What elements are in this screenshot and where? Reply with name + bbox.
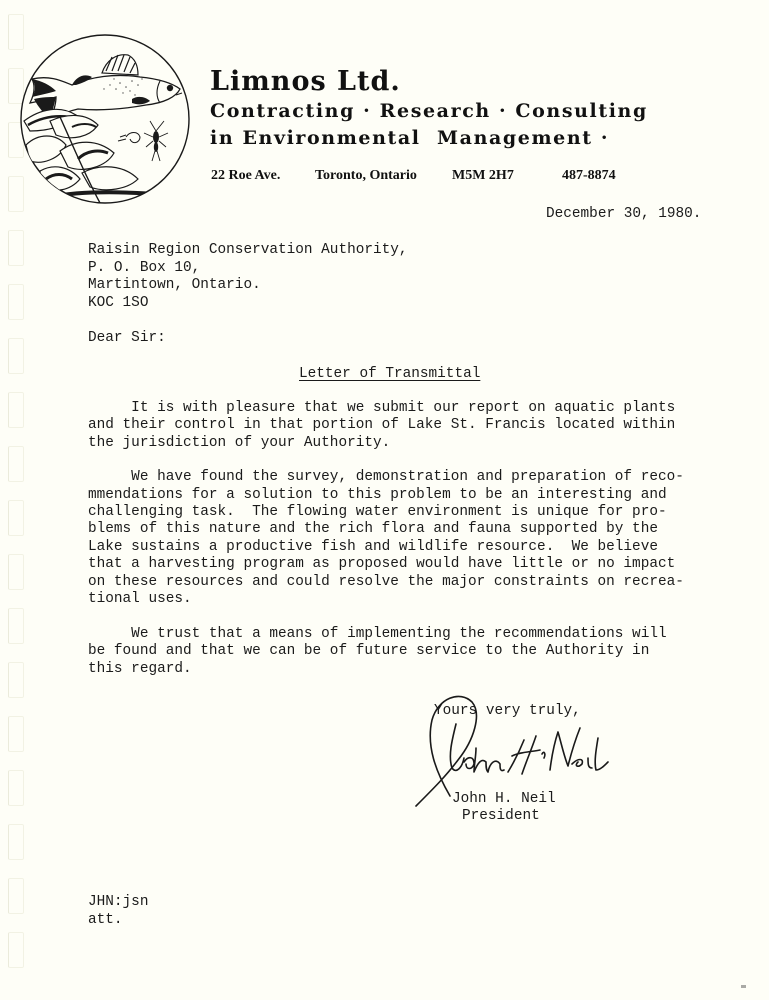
body-line: and their control in that portion of Lak… [88, 417, 675, 435]
company-name: Limnos Ltd. [210, 66, 401, 97]
company-tagline-line2: in Environmental Management · [210, 127, 609, 149]
letter-subject: Letter of Transmittal [299, 366, 480, 384]
fish-plant-insect-emblem-icon [20, 33, 190, 205]
recipient-line: P. O. Box 10, [88, 260, 200, 278]
body-line: tional uses. [88, 591, 192, 609]
body-line: We have found the survey, demonstration … [88, 469, 684, 487]
body-line: Lake sustains a productive fish and wild… [88, 539, 658, 557]
body-line: that a harvesting program as proposed wo… [88, 556, 675, 574]
recipient-line: Martintown, Ontario. [88, 277, 261, 295]
body-line: this regard. [88, 661, 192, 679]
letter-page: Limnos Ltd. Contracting · Research · Con… [0, 0, 769, 1000]
company-tagline-line1: Contracting · Research · Consulting [210, 100, 648, 122]
signer-name: John H. Neil [452, 791, 556, 809]
enclosure-notation: att. [88, 912, 123, 930]
signer-title: President [462, 808, 540, 826]
body-line: It is with pleasure that we submit our r… [88, 400, 675, 418]
recipient-line: KOC 1SO [88, 295, 148, 313]
address-street: 22 Roe Ave. [211, 168, 280, 184]
body-line: mmendations for a solution to this probl… [88, 487, 667, 505]
body-line: We trust that a means of implementing th… [88, 626, 667, 644]
scan-artifact [741, 985, 746, 988]
body-line: on these resources and could resolve the… [88, 574, 684, 592]
address-postal-code: M5M 2H7 [452, 168, 514, 184]
letter-date: December 30, 1980. [546, 206, 701, 224]
address-city: Toronto, Ontario [315, 168, 417, 184]
salutation: Dear Sir: [88, 330, 166, 348]
body-line: the jurisdiction of your Authority. [88, 435, 390, 453]
address-phone: 487-8874 [562, 168, 616, 184]
body-line: blems of this nature and the rich flora … [88, 521, 658, 539]
body-line: be found and that we can be of future se… [88, 643, 649, 661]
body-line: challenging task. The flowing water envi… [88, 504, 667, 522]
reference-initials: JHN:jsn [88, 894, 148, 912]
recipient-line: Raisin Region Conservation Authority, [88, 242, 408, 260]
